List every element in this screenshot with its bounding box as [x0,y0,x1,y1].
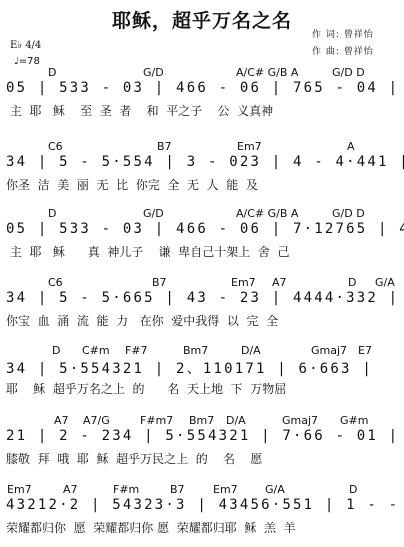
lyricist-credit: 作 词: 曾祥怡 [312,27,374,40]
score-line: A7A7/GF#m7Bm7D/AG#mGmaj721 | 2 - 234 | 5… [0,414,404,480]
chord-symbol: D [348,276,356,289]
notation-row: 34 | 5 - 5·554 | 3 - 023 | 4 - 4·441 | 7… [6,154,404,170]
chord-symbol: D/A [226,414,246,427]
chord-symbol: A7 [63,483,78,496]
notation-row: 05 | 533 - 03 | 466 - 06 | 765 - 04 | 43… [6,80,404,96]
lyrics-row: 你圣 洁 美 丽 无 比 你完 全 无 人 能 及 [6,176,258,193]
chord-symbol: G#m [340,414,368,427]
score-line: DG/DA/C# G/B AG/D D05 | 533 - 03 | 466 -… [0,207,404,273]
chord-symbol: Gmaj7 [282,414,318,427]
chord-symbol: Em7 [231,276,256,289]
chord-symbol: B7 [157,140,172,153]
chord-row: DC#mF#7Bm7D/AGmaj7E7 [0,344,404,358]
chord-symbol: D [48,207,56,220]
score-line: C6B7Em7A7DG/A34 | 5 - 5·665 | 43 - 23 | … [0,276,404,342]
lyrics-row: 膝敬 拜 哦 耶 稣 超乎万民之上 的 名 愿 [6,450,262,467]
key-signature: E♭ 4/4 [10,40,41,51]
score-line: DC#mF#7Bm7D/AGmaj7E734 | 5·554321 | 2、11… [0,344,404,410]
chord-symbol: F#m7 [140,414,173,427]
chord-symbol: D [349,483,357,496]
lyrics-row: 主 耶 稣 至 圣 者 和 平之子 公 义真神 [6,102,273,119]
chord-row: C6B7Em7A7DG/A [0,276,404,290]
chord-symbol: G/A [375,276,395,289]
notation-row: 43212·2 | 54323·3 | 43456·551 | 1 - - || [6,497,404,513]
chord-symbol: A/C# G/B A [236,66,298,79]
chord-symbol: G/D D [332,207,365,220]
chord-symbol: A7 [54,414,69,427]
chord-symbol: Bm7 [189,414,214,427]
chord-symbol: G/D D [332,66,365,79]
chord-symbol: B7 [152,276,167,289]
notation-row: 34 | 5 - 5·665 | 43 - 23 | 4444·332 | 1 … [6,290,404,306]
chord-symbol: C6 [48,140,63,153]
chord-symbol: Bm7 [183,344,208,357]
notation-row: 05 | 533 - 03 | 466 - 06 | 7·12765 | 433… [6,221,404,237]
notation-row: 21 | 2 - 234 | 5·554321 | 7·66 - 01 | [6,428,399,444]
chord-symbol: B7 [170,483,185,496]
chord-symbol: A7 [272,276,287,289]
notation-row: 34 | 5·554321 | 2、110171 | 6·663 | [6,358,373,378]
score-line: C6B7Em7A34 | 5 - 5·554 | 3 - 023 | 4 - 4… [0,140,404,206]
chord-symbol: Gmaj7 [311,344,347,357]
chord-symbol: C#m [82,344,110,357]
chord-row: A7A7/GF#m7Bm7D/AG#mGmaj7 [0,414,404,428]
chord-symbol: C6 [48,276,63,289]
chord-symbol: G/D [143,66,164,79]
lyrics-row: 你宝 血 涌 流 能 力 在你 爱中我得 以 完 全 [6,312,278,329]
chord-row: DG/DA/C# G/B AG/D D [0,207,404,221]
chord-symbol: A [347,140,355,153]
score-line: Em7A7F#mB7Em7G/AD43212·2 | 54323·3 | 434… [0,483,404,547]
chord-symbol: E7 [358,344,372,357]
chord-row: Em7A7F#mB7Em7G/AD [0,483,404,497]
chord-symbol: D [48,66,56,79]
chord-row: C6B7Em7A [0,140,404,154]
lyrics-row: 耶 稣 超乎万名之上 的 名 天上地 下 万物屈 [6,380,286,397]
lyrics-row: 主 耶 稣 真 神儿子 谦 卑自己十架上 舍 己 [6,243,290,260]
chord-symbol: D [52,344,60,357]
chord-row: DG/DA/C# G/B AG/D D [0,66,404,80]
composer-credit: 作 曲: 曾祥怡 [312,44,374,57]
chord-symbol: Em7 [237,140,262,153]
chord-symbol: F#m [113,483,139,496]
chord-symbol: Em7 [213,483,238,496]
chord-symbol: F#7 [125,344,148,357]
chord-symbol: G/D [143,207,164,220]
lyrics-row: 荣耀都归你 愿 荣耀都归你 愿 荣耀都归耶 稣 羔 羊 [6,519,296,536]
chord-symbol: Em7 [7,483,32,496]
score-line: DG/DA/C# G/B AG/D D05 | 533 - 03 | 466 -… [0,66,404,132]
chord-symbol: G/A [265,483,285,496]
chord-symbol: A/C# G/B A [236,207,298,220]
chord-symbol: D/A [241,344,261,357]
chord-symbol: A7/G [83,414,110,427]
